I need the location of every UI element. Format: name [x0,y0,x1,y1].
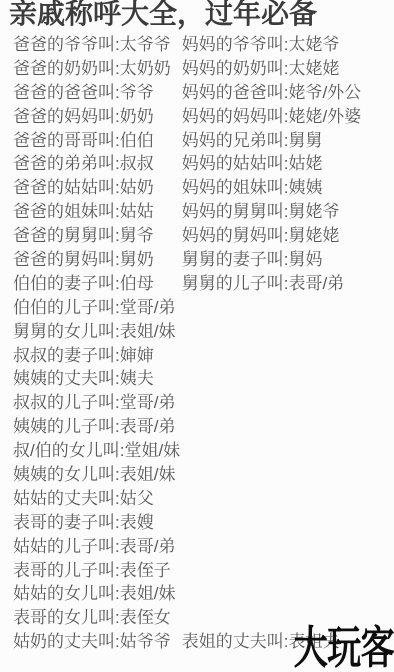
kinship-entry-left: 姑姑的女儿叫:表姐/妹 [13,582,177,606]
kinship-entry-left: 爸爸的舅舅叫:舅爷 [13,224,177,248]
kinship-entry-left: 姑姑的儿子叫:表哥/弟 [13,535,177,559]
list-item: 爸爸的舅妈叫:舅奶 舅舅的妻子叫:舅妈 [13,248,394,272]
list-item: 姨姨的儿子叫:表哥/弟 [13,415,394,439]
list-item: 叔叔的妻子叫:婶婶 [13,344,394,368]
kinship-entry-left: 叔叔的儿子叫:堂哥/弟 [13,391,177,415]
list-item: 舅舅的女儿叫:表姐/妹 [13,320,394,344]
kinship-entry-left: 姑奶的丈夫叫:姑爷爷 [13,630,177,654]
kinship-entry-left: 姨姨的女儿叫:表姐/妹 [13,463,177,487]
kinship-entry-left: 叔叔的妻子叫:婶婶 [13,344,177,368]
kinship-entry-right: 妈妈的舅舅叫:舅姥爷 [182,200,340,224]
kinship-entry-right: 妈妈的妈妈叫:姥姥/外婆 [182,105,361,129]
kinship-entry-right: 舅舅的儿子叫:表哥/弟 [182,272,344,296]
kinship-entry-right: 妈妈的姑姑叫:姑姥 [182,152,323,176]
list-item: 伯伯的儿子叫:堂哥/弟 [13,296,394,320]
kinship-entry-left: 伯伯的妻子叫:伯母 [13,272,177,296]
kinship-entry-left: 伯伯的儿子叫:堂哥/弟 [13,296,177,320]
list-item: 爸爸的妈妈叫:奶奶 妈妈的妈妈叫:姥姥/外婆 [13,105,394,129]
kinship-entry-left: 爸爸的妈妈叫:奶奶 [13,105,177,129]
kinship-entry-right: 妈妈的爷爷叫:太姥爷 [182,33,340,57]
kinship-entry-left: 姨姨的儿子叫:表哥/弟 [13,415,177,439]
watermark-logo: 大玩客 [294,625,394,670]
list-item: 姑姑的丈夫叫:姑父 [13,487,394,511]
list-item: 爸爸的舅舅叫:舅爷 妈妈的舅妈叫:舅姥姥 [13,224,394,248]
list-item: 表哥的妻子叫:表嫂 [13,511,394,535]
kinship-entry-left: 爸爸的爷爷叫:太爷爷 [13,33,177,57]
kinship-entry-left: 叔/伯的女儿叫:堂姐/妹 [13,439,177,463]
kinship-entry-left: 爸爸的姐妹叫:姑姑 [13,200,177,224]
list-item: 姨姨的女儿叫:表姐/妹 [13,463,394,487]
kinship-guide-page: 亲戚称呼大全，过年必备 爸爸的爷爷叫:太爷爷 妈妈的爷爷叫:太姥爷 爸爸的奶奶叫… [0,0,394,672]
kinship-entry-left: 表哥的女儿叫:表侄女 [13,606,177,630]
list-item: 爸爸的爸爸叫:爷爷 妈妈的爸爸叫:姥爷/外公 [13,81,394,105]
list-item: 姨姨的丈夫叫:姨夫 [13,367,394,391]
kinship-entry-left: 表哥的妻子叫:表嫂 [13,511,177,535]
list-item: 姑姑的儿子叫:表哥/弟 [13,535,394,559]
kinship-entry-left: 爸爸的姑姑叫:姑奶 [13,176,177,200]
kinship-entry-left: 爸爸的爸爸叫:爷爷 [13,81,177,105]
list-item: 爸爸的弟弟叫:叔叔 妈妈的姑姑叫:姑姥 [13,152,394,176]
list-item: 爸爸的姐妹叫:姑姑 妈妈的舅舅叫:舅姥爷 [13,200,394,224]
kinship-entry-right: 妈妈的兄弟叫:舅舅 [182,129,323,153]
list-item: 爸爸的爷爷叫:太爷爷 妈妈的爷爷叫:太姥爷 [13,33,394,57]
kinship-entry-left: 姑姑的丈夫叫:姑父 [13,487,177,511]
kinship-entry-right: 妈妈的姐妹叫:姨姨 [182,176,323,200]
list-item: 伯伯的妻子叫:伯母 舅舅的儿子叫:表哥/弟 [13,272,394,296]
kinship-entry-left: 表哥的儿子叫:表侄子 [13,559,177,583]
list-item: 爸爸的奶奶叫:太奶奶 妈妈的奶奶叫:太姥姥 [13,57,394,81]
kinship-entry-left: 爸爸的奶奶叫:太奶奶 [13,57,177,81]
kinship-entry-right: 妈妈的奶奶叫:太姥姥 [182,57,340,81]
list-item: 爸爸的哥哥叫:伯伯 妈妈的兄弟叫:舅舅 [13,129,394,153]
list-item: 表哥的儿子叫:表侄子 [13,559,394,583]
list-item: 叔叔的儿子叫:堂哥/弟 [13,391,394,415]
list-item: 爸爸的姑姑叫:姑奶 妈妈的姐妹叫:姨姨 [13,176,394,200]
kinship-entry-right: 舅舅的妻子叫:舅妈 [182,248,323,272]
kinship-entry-left: 爸爸的舅妈叫:舅奶 [13,248,177,272]
list-item: 叔/伯的女儿叫:堂姐/妹 [13,439,394,463]
page-title: 亲戚称呼大全，过年必备 [9,0,317,32]
kinship-entry-right: 妈妈的舅妈叫:舅姥姥 [182,224,340,248]
list-item: 姑姑的女儿叫:表姐/妹 [13,582,394,606]
kinship-list: 爸爸的爷爷叫:太爷爷 妈妈的爷爷叫:太姥爷 爸爸的奶奶叫:太奶奶 妈妈的奶奶叫:… [13,33,394,654]
kinship-entry-left: 舅舅的女儿叫:表姐/妹 [13,320,177,344]
kinship-entry-left: 爸爸的弟弟叫:叔叔 [13,152,177,176]
kinship-entry-right: 妈妈的爸爸叫:姥爷/外公 [182,81,361,105]
kinship-entry-left: 爸爸的哥哥叫:伯伯 [13,129,177,153]
kinship-entry-left: 姨姨的丈夫叫:姨夫 [13,367,177,391]
